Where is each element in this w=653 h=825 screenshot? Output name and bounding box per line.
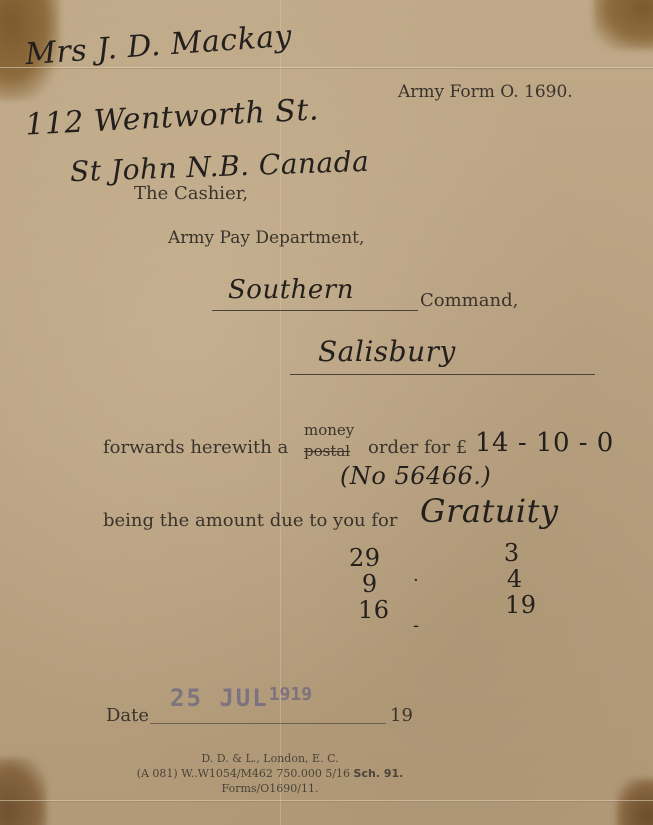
- date-rule: [150, 723, 386, 724]
- period-to-day: 3: [475, 540, 537, 566]
- period-to-year: 19: [475, 592, 537, 618]
- period-to-date: 3 4 19: [475, 540, 537, 618]
- postal-word-struck: postal: [304, 442, 350, 460]
- recipient-name: Mrs J. D. Mackay: [24, 19, 293, 73]
- command-suffix: Command,: [420, 290, 518, 311]
- department-label: Army Pay Department,: [168, 228, 364, 248]
- form-number: Army Form O. 1690.: [398, 82, 573, 102]
- period-from-date: 29 9 16: [340, 545, 390, 623]
- command-rule: [212, 310, 418, 311]
- stamp-year: 1919: [269, 684, 312, 705]
- schedule-number: Sch. 91.: [354, 767, 404, 780]
- period-from-month: 9: [340, 571, 390, 597]
- period-to-month: 4: [475, 566, 537, 592]
- purpose-value: Gratuity: [420, 492, 559, 530]
- date-stamp: 25 JUL1919: [170, 684, 312, 712]
- amount-value: 14 - 10 - 0: [475, 428, 614, 458]
- addressee-label: The Cashier,: [134, 183, 248, 204]
- army-form-document: Mrs J. D. Mackay 112 Wentworth St. St Jo…: [0, 0, 653, 825]
- printer-imprint: D. D. & L., London, E. C.: [100, 752, 440, 765]
- stamp-date: 25 JUL: [170, 684, 269, 712]
- order-number: (No 56466.): [340, 462, 491, 490]
- corner-stain-bottom-left: [0, 758, 47, 825]
- command-name: Southern: [228, 275, 354, 305]
- address-city: St John N.B. Canada: [70, 145, 370, 188]
- place-name: Salisbury: [318, 335, 456, 368]
- print-run-details: (A 081) W..W1054/M462 750.000 5/16: [137, 767, 350, 780]
- money-word: money: [304, 421, 354, 439]
- period-from-day: 29: [340, 545, 390, 571]
- corner-stain-bottom-right: [616, 778, 653, 825]
- forms-reference: Forms/O1690/11.: [100, 782, 440, 795]
- date-label: Date: [106, 705, 149, 726]
- address-street: 112 Wentworth St.: [24, 92, 319, 142]
- date-year-prefix: 19: [390, 705, 413, 726]
- being-text: being the amount due to you for: [103, 510, 397, 531]
- date-separator: -: [413, 615, 420, 636]
- forwards-text: forwards herewith a: [103, 437, 288, 458]
- period-from-year: 16: [340, 597, 390, 623]
- date-separator: ·: [413, 570, 419, 591]
- place-rule: [290, 374, 595, 375]
- fold-line: [0, 800, 653, 801]
- corner-stain-top-right: [593, 0, 653, 50]
- print-run-line: (A 081) W..W1054/M462 750.000 5/16 Sch. …: [100, 767, 440, 780]
- order-for-text: order for £: [368, 437, 467, 458]
